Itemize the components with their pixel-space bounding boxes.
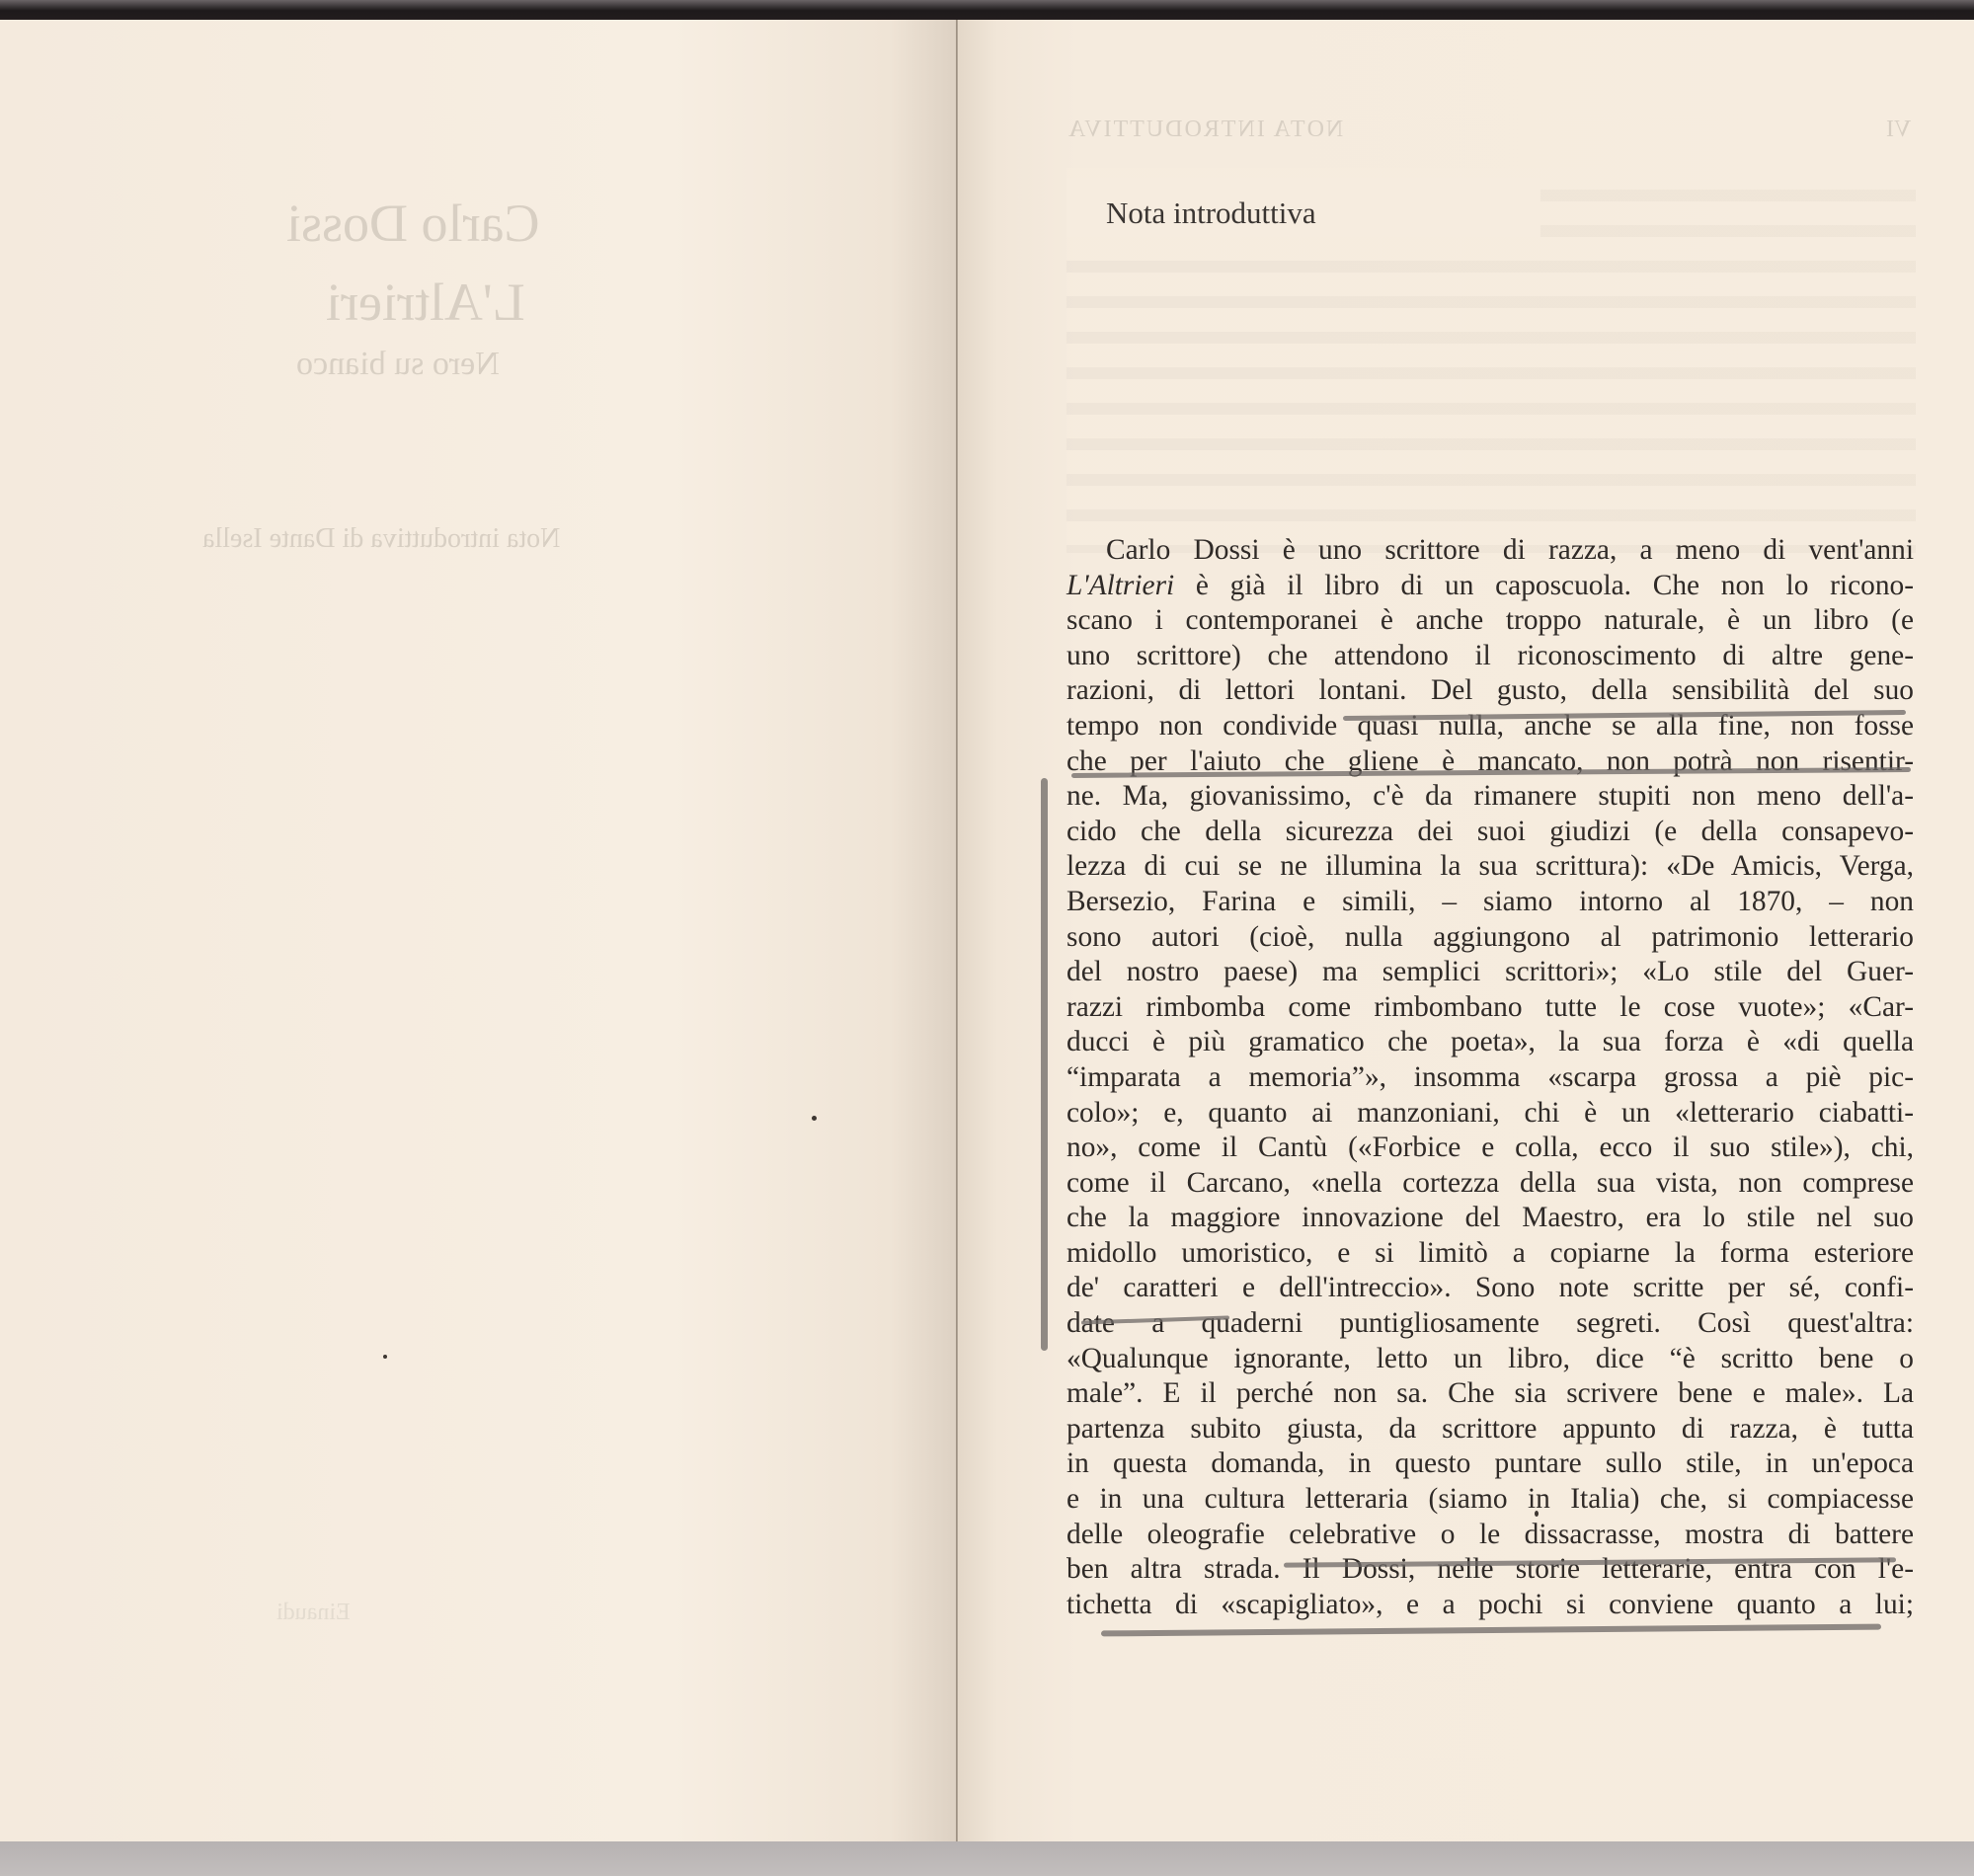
text-line: cido che della sicurezza dei suoi giudiz… <box>1066 815 1914 850</box>
text-line: no», come il Cantù («Forbice e colla, ec… <box>1066 1131 1914 1166</box>
text-line: razzi rimbomba come rimbombano tutte le … <box>1066 990 1914 1026</box>
text-line: Bersezio, Farina e simili, – siamo intor… <box>1066 885 1914 920</box>
bleed-subtitle: Nero su bianco <box>296 346 500 383</box>
pencil-margin-mark <box>1041 778 1048 1351</box>
text-line: ducci è più gramatico che poeta», la sua… <box>1066 1025 1914 1060</box>
text-line-rest: è già il libro di un caposcuola. Che non… <box>1196 570 1914 601</box>
bleed-intro-credit: Nota introduttiva di Dante Isella <box>202 523 560 555</box>
text-line: razioni, di lettori lontani. Del gusto, … <box>1066 673 1914 709</box>
book-title-italic: L'Altrieri <box>1066 570 1174 601</box>
text-line: lezza di cui se ne illumina la sua scrit… <box>1066 849 1914 885</box>
text-line: come il Carcano, «nella cortezza della s… <box>1066 1166 1914 1202</box>
bleed-publisher: Einaudi <box>276 1600 351 1626</box>
text-line: e in una cultura letteraria (siamo in It… <box>1066 1482 1914 1518</box>
text-line: ne. Ma, giovanissimo, c'è da rimanere st… <box>1066 779 1914 815</box>
text-line: in questa domanda, in questo puntare sul… <box>1066 1446 1914 1482</box>
text-line: de' caratteri e dell'intreccio». Sono no… <box>1066 1271 1914 1306</box>
text-line: colo»; e, quanto ai manzoniani, chi è un… <box>1066 1096 1914 1132</box>
scanner-bottom-edge <box>0 1841 1974 1876</box>
bleed-author: Carlo Dossi <box>286 193 540 254</box>
text-line: del nostro paese) ma semplici scrittori»… <box>1066 955 1914 990</box>
text-line: uno scrittore) che attendono il riconosc… <box>1066 639 1914 674</box>
paper-speck <box>383 1355 387 1359</box>
text-line: Carlo Dossi è uno scrittore di razza, a … <box>1066 533 1914 569</box>
body-text: Carlo Dossi è uno scrittore di razza, a … <box>1066 533 1914 1622</box>
text-line: “imparata a memoria”», insomma «scarpa g… <box>1066 1060 1914 1096</box>
paper-speck <box>1535 1511 1539 1517</box>
text-line: «Qualunque ignorante, letto un libro, di… <box>1066 1342 1914 1377</box>
text-line: L'Altrieri è già il libro di un caposcuo… <box>1066 569 1914 604</box>
text-line: tichetta di «scapigliato», e a pochi si … <box>1066 1588 1914 1623</box>
bleed-title: L'Altrieri <box>326 272 525 333</box>
text-line: male”. E il perché non sa. Che sia scriv… <box>1066 1376 1914 1412</box>
text-line: partenza subito giusta, da scrittore app… <box>1066 1412 1914 1447</box>
text-line: che la maggiore innovazione del Maestro,… <box>1066 1201 1914 1236</box>
paper-speck <box>812 1116 817 1121</box>
left-page: Carlo Dossi L'Altrieri Nero su bianco No… <box>0 20 956 1841</box>
text-line: midollo umoristico, e si limitò a copiar… <box>1066 1236 1914 1272</box>
bleed-page-number: VI <box>1886 117 1911 143</box>
text-line: date a quaderni puntigliosamente segreti… <box>1066 1306 1914 1342</box>
bleed-running-head: NOTA INTRODUTTIVA <box>1066 117 1343 143</box>
page-heading: Nota introduttiva <box>1106 195 1322 231</box>
gutter <box>956 20 958 1841</box>
text-line: sono autori (cioè, nulla aggiungono al p… <box>1066 920 1914 956</box>
text-line: scano i contemporanei è anche troppo nat… <box>1066 603 1914 639</box>
text-line: delle oleografie celebrative o le dissac… <box>1066 1518 1914 1553</box>
